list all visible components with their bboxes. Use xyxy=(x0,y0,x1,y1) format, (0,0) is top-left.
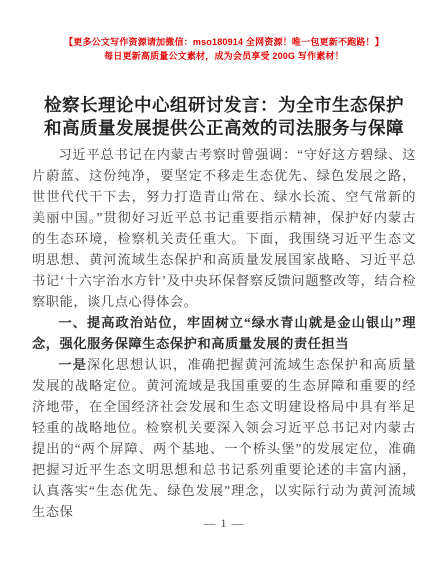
paragraph-point-1-text: 深化思想认识，准确把握黄河流域生态保护和高质量发展的战略定位。黄河流域是我国重要… xyxy=(32,357,416,519)
paragraph-point-1-lead: 一是 xyxy=(58,357,87,372)
ad-banner-line-2: 每日更新高质量公文素材，成为会员享受 200G 写作素材！ xyxy=(0,50,448,64)
document-title-line-1: 检察长理论中心组研讨发言：为全市生态保护 xyxy=(24,94,424,117)
section-heading-1: 一、提高政治站位，牢固树立“绿水青山就是金山银山”理念，强化服务保障生态保护和高… xyxy=(32,312,416,354)
document-page: 【更多公文写作资源请加微信：mso180914 全网资源！唯一包更新不跑路！】 … xyxy=(0,0,448,580)
paragraph-point-1: 一是深化思想认识，准确把握黄河流域生态保护和高质量发展的战略定位。黄河流域是我国… xyxy=(32,354,416,522)
paragraph-intro: 习近平总书记在内蒙古考察时曾强调：“守好这方碧绿、这片蔚蓝、这份纯净，要坚定不移… xyxy=(32,144,416,312)
ad-banner: 【更多公文写作资源请加微信：mso180914 全网资源！唯一包更新不跑路！】 … xyxy=(0,36,448,63)
ad-banner-line-1: 【更多公文写作资源请加微信：mso180914 全网资源！唯一包更新不跑路！】 xyxy=(0,36,448,50)
document-title-line-2: 和高质量发展提供公正高效的司法服务与保障 xyxy=(24,117,424,140)
document-body: 习近平总书记在内蒙古考察时曾强调：“守好这方碧绿、这片蔚蓝、这份纯净，要坚定不移… xyxy=(32,144,416,522)
page-number: — 1 — xyxy=(0,516,448,531)
document-title: 检察长理论中心组研讨发言：为全市生态保护 和高质量发展提供公正高效的司法服务与保… xyxy=(24,94,424,140)
